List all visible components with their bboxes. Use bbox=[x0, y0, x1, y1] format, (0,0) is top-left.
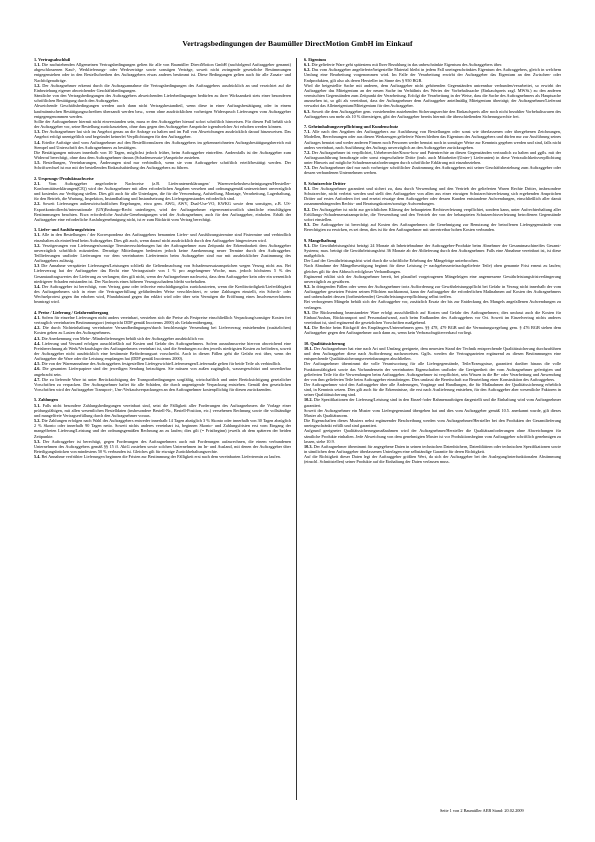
clause-text: Alle nach den Angaben des Auftraggebers … bbox=[304, 129, 561, 149]
page-footer: Seite 1 von 2 Baumüller AEB Stand: 20.02… bbox=[440, 808, 524, 813]
clause-text: Alle in den Bestellungen / der Korrespon… bbox=[34, 232, 291, 242]
clause-paragraph: Abweichende Geschäftsbedingungen werden … bbox=[34, 103, 291, 118]
clause-text: Der Auftragnehmer hat sich im Angebot ge… bbox=[34, 129, 291, 139]
clause-text: Die Eigenschaften dieses Musters nebst e… bbox=[304, 418, 561, 428]
clause-paragraph: 9.1. Die Gewährleistungsfrist beträgt 24… bbox=[304, 243, 561, 258]
document-page: Vertragsbedingungen der Baumüller Direct… bbox=[0, 0, 595, 842]
clause-paragraph: 7.3. Der Auftragnehmer darf nur nach vor… bbox=[304, 165, 561, 175]
left-column: 1. Vertragsabschluß1.1. Die nachstehende… bbox=[34, 57, 291, 459]
clause-text: Sofern für einzelne Lieferungen nicht an… bbox=[34, 315, 291, 325]
section: 1. Vertragsabschluß1.1. Die nachstehende… bbox=[34, 57, 291, 170]
clause-text: Der Auftragnehmer hat eine nach Art und … bbox=[304, 346, 561, 361]
clause-text: Vom Auftraggeber angeforderte Nachweise … bbox=[34, 181, 291, 201]
clause-text: Der Auftraggeber ist nicht zur gerichtli… bbox=[304, 207, 561, 222]
clause-paragraph: 7.2. Der Auftragnehmer ist verpflichtet,… bbox=[304, 150, 561, 165]
section: 3. Liefer- und Ausführungsfristen3.1. Al… bbox=[34, 227, 291, 304]
clause-paragraph: Sämtliche von den Vertragsbedingungen de… bbox=[34, 93, 291, 103]
clause-text: Die zu liefernde Ware ist unter Berücksi… bbox=[34, 377, 291, 392]
clause-text: Der Auftragnehmer garantiert und sichert… bbox=[304, 186, 561, 206]
clause-paragraph: 3.3 Die Annahme verspäteter Lieferungen/… bbox=[34, 263, 291, 284]
clause-text: Die Annahme verspäteter Lieferungen/Leis… bbox=[34, 263, 291, 283]
clause-paragraph: Auf die Richtigkeit dieser Daten legt de… bbox=[304, 454, 561, 464]
clause-paragraph: 1.4. Erteilte Aufträge sind vom Auftragn… bbox=[34, 140, 291, 150]
section: 10. Qualitätssicherung10.1. Der Auftragn… bbox=[304, 341, 561, 465]
clause-paragraph: 3.1. Alle in den Bestellungen / der Korr… bbox=[34, 232, 291, 242]
clause-text: Die Spezifikationen der Lieferung/Leistu… bbox=[304, 397, 561, 407]
column-divider bbox=[296, 58, 297, 800]
section: 2. Ursprungs-/Produktnachweise2.1. Vom A… bbox=[34, 176, 291, 222]
clause-paragraph: 1.2. Der Auftragnehmer erkennt durch die… bbox=[34, 83, 291, 93]
clause-text: Der Auftragnehmer wird den Auftraggeber … bbox=[304, 382, 561, 397]
clause-text: Sollte der Auftragnehmer hiermit nicht e… bbox=[34, 119, 291, 129]
clause-text: Soweit Lieferungen außenwirtschaftlichen… bbox=[34, 201, 291, 221]
clause-text: Bei verborgenen Mängeln behält sich der … bbox=[304, 299, 561, 309]
clause-paragraph: Die Bestätigungen müssen innerhalb von 1… bbox=[34, 150, 291, 160]
clause-paragraph: 4.4. Lieferung und Versand erfolgen auss… bbox=[34, 341, 291, 362]
section: 5. Zahlungen5.1. Falls nicht besondere Z… bbox=[34, 397, 291, 459]
clause-paragraph: 9.3. Die Rücksendung beanstandeter Ware … bbox=[304, 310, 561, 325]
clause-paragraph: 2.1. Vom Auftraggeber angeforderte Nachw… bbox=[34, 181, 291, 202]
clause-text: Der Auftragnehmer übernimmt die volle Ve… bbox=[304, 361, 561, 381]
right-column: 6. Eigentum6.1. Die gelieferte Ware geht… bbox=[304, 57, 561, 464]
clause-text: Der Auftragnehmer erkennt durch die Auft… bbox=[34, 83, 291, 93]
clause-text: Wird die beigestellte Sache mit anderen,… bbox=[304, 83, 561, 109]
section: 7. Geheimhaltungsverpflichtung und Kunde… bbox=[304, 124, 561, 176]
clause-text: Der Auftragnehmer darf nur nach vorherig… bbox=[304, 165, 561, 175]
clause-paragraph: 4.7. Die zu liefernde Ware ist unter Ber… bbox=[34, 377, 291, 392]
clause-paragraph: Soweit der Auftragnehmer ein Muster vom … bbox=[304, 408, 561, 418]
clause-paragraph: 3.2. Verzögerungen von Lieferungen/sonst… bbox=[34, 243, 291, 264]
clause-paragraph: Der Auftragnehmer wird den Auftraggeber … bbox=[304, 382, 561, 397]
clause-text: Bestellungen, Vereinbarungen, Änderungen… bbox=[34, 160, 291, 170]
clause-text: Der Auftragnehmer ist verpflichtet, Urhe… bbox=[304, 150, 561, 165]
clause-paragraph: 9.2. In dringenden Fällen oder wenn der … bbox=[304, 284, 561, 299]
clause-paragraph: Ergänzend erklärt sich der Auftragnehmer… bbox=[304, 274, 561, 284]
clause-text: Die Gewährleistungsfrist beträgt 24 Mona… bbox=[304, 243, 561, 258]
clause-paragraph: 6.3. Soweit die dem Auftraggeber gem. vo… bbox=[304, 109, 561, 119]
clause-paragraph: 2.2. Soweit Lieferungen außenwirtschaftl… bbox=[34, 201, 291, 222]
clause-paragraph: 9.4. Die Rechte beim Rückgriff des Empfä… bbox=[304, 325, 561, 335]
clause-paragraph: Aufgrund geeigneter Qualitätssicherungsm… bbox=[304, 428, 561, 443]
clause-paragraph: 10.3. Der Auftragnehmer übernimmt für an… bbox=[304, 444, 561, 454]
clause-text: Die Zahlungen erfolgen nach Wahl des Auf… bbox=[34, 418, 291, 438]
clause-text: Der Auftraggeber ist berechtigt, gegen F… bbox=[34, 439, 291, 454]
clause-paragraph: Nach Abnahme der Mängelbeseitigung begin… bbox=[304, 263, 561, 273]
clause-paragraph: 4.1. Sofern für einzelne Lieferungen nic… bbox=[34, 315, 291, 325]
clause-text: Abweichende Geschäftsbedingungen werden … bbox=[34, 103, 291, 118]
clause-paragraph: 4.2. Die durch Nichteinhaltung vereinbar… bbox=[34, 325, 291, 335]
clause-paragraph: 7.1. Alle nach den Angaben des Auftragge… bbox=[304, 129, 561, 150]
clause-text: Der Auftragnehmer übernimmt für angegebe… bbox=[304, 444, 561, 454]
clause-paragraph: 5.2. Die Zahlungen erfolgen nach Wahl de… bbox=[34, 418, 291, 439]
clause-text: Die Rücksendung beanstandeter Ware erfol… bbox=[304, 310, 561, 325]
clause-paragraph: 1.5. Bestellungen, Vereinbarungen, Änder… bbox=[34, 160, 291, 170]
clause-text: Ergänzend erklärt sich der Auftragnehmer… bbox=[304, 274, 561, 284]
clause-text: Soweit der Auftragnehmer ein Muster vom … bbox=[304, 408, 561, 418]
clause-text: Das vom Auftraggeber angelieferte/beiges… bbox=[304, 67, 561, 82]
clause-paragraph: Sollte der Auftragnehmer hiermit nicht e… bbox=[34, 119, 291, 129]
clause-text: Die durch Nichteinhaltung vereinbarter V… bbox=[34, 325, 291, 335]
clause-text: Der Auftraggeber ist berechtigt auf Kost… bbox=[304, 222, 561, 232]
section: 4. Preise / Lieferung / Gefahrenübergang… bbox=[34, 310, 291, 393]
clause-text: Der Auftraggeber ist berechtigt, vom Ver… bbox=[34, 284, 291, 304]
clause-text: In dringenden Fällen oder wenn der Auftr… bbox=[304, 284, 561, 299]
clause-paragraph: 10.2. Die Spezifikationen der Lieferung/… bbox=[304, 397, 561, 407]
section: 6. Eigentum6.1. Die gelieferte Ware geht… bbox=[304, 57, 561, 119]
section: 8. Schutzrechte Dritter8.1. Der Auftragn… bbox=[304, 181, 561, 233]
clause-text: Nach Abnahme der Mängelbeseitigung begin… bbox=[304, 263, 561, 273]
section: 9. Mangelhaftung9.1. Die Gewährleistungs… bbox=[304, 238, 561, 336]
clause-paragraph: Wird die beigestellte Sache mit anderen,… bbox=[304, 83, 561, 109]
clause-paragraph: 8.2. Der Auftraggeber ist nicht zur geri… bbox=[304, 207, 561, 222]
clause-text: Erteilte Aufträge sind vom Auftragnehmer… bbox=[34, 140, 291, 150]
document-title: Vertragsbedingungen der Baumüller Direct… bbox=[0, 39, 595, 48]
clause-text: Bei Annahme verfrühter Lieferungen begin… bbox=[41, 454, 280, 459]
clause-text: Aufgrund geeigneter Qualitätssicherungsm… bbox=[304, 428, 561, 443]
clause-text: Verzögerungen von Lieferungen/sonstige T… bbox=[34, 243, 291, 263]
clause-paragraph: 5.1. Falls nicht besondere Zahlungsbedin… bbox=[34, 403, 291, 418]
clause-text: Soweit die dem Auftraggeber gem. vorsteh… bbox=[304, 109, 561, 119]
clause-paragraph: Der Auftragnehmer übernimmt die volle Ve… bbox=[304, 361, 561, 382]
clause-paragraph: 5.4. Bei Annahme verfrühter Lieferungen … bbox=[34, 454, 291, 459]
clause-paragraph: Die Eigenschaften dieses Musters nebst e… bbox=[304, 418, 561, 428]
clause-text: Lieferung und Versand erfolgen ausschlie… bbox=[34, 341, 291, 361]
clause-paragraph: 10.1. Der Auftragnehmer hat eine nach Ar… bbox=[304, 346, 561, 361]
clause-number: 5.4. bbox=[34, 454, 40, 459]
clause-text: Die nachstehenden Allgemeinen Vertragsbe… bbox=[34, 62, 291, 82]
clause-paragraph: 3.4. Der Auftraggeber ist berechtigt, vo… bbox=[34, 284, 291, 305]
clause-text: Falls nicht besondere Zahlungsbedingunge… bbox=[34, 403, 291, 418]
clause-paragraph: 1.1. Die nachstehenden Allgemeinen Vertr… bbox=[34, 62, 291, 83]
clause-text: Auf die Richtigkeit dieser Daten legt de… bbox=[304, 454, 561, 464]
clause-text: Sämtliche von den Vertragsbedingungen de… bbox=[34, 93, 291, 103]
clause-paragraph: 1.3. Der Auftragnehmer hat sich im Angeb… bbox=[34, 129, 291, 139]
clause-paragraph: 4.6. Die gesamten Lieferpapiere sind der… bbox=[34, 366, 291, 376]
clause-paragraph: 5.3. Der Auftraggeber ist berechtigt, ge… bbox=[34, 439, 291, 454]
clause-paragraph: 6.2. Das vom Auftraggeber angelieferte/b… bbox=[304, 67, 561, 82]
clause-paragraph: 8.1. Der Auftragnehmer garantiert und si… bbox=[304, 186, 561, 207]
clause-text: Die Bestätigungen müssen innerhalb von 1… bbox=[34, 150, 291, 160]
clause-text: Die gesamten Lieferpapiere sind der jewe… bbox=[34, 366, 291, 376]
clause-paragraph: Bei verborgenen Mängeln behält sich der … bbox=[304, 299, 561, 309]
clause-paragraph: 8.3. Der Auftraggeber ist berechtigt auf… bbox=[304, 222, 561, 232]
clause-text: Die Rechte beim Rückgriff des Empfängers… bbox=[304, 325, 561, 335]
